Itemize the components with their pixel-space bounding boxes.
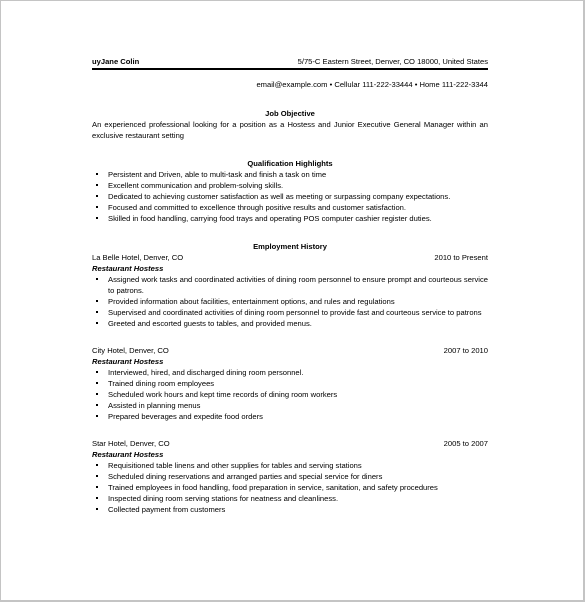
list-item: Trained employees in food handling, food… [92,482,488,493]
employer: La Belle Hotel, Denver, CO [92,252,183,263]
job-entry: Star Hotel, Denver, CO 2005 to 2007 Rest… [92,438,488,515]
resume-header: uyJane Colin 5/75-C Eastern Street, Denv… [92,56,488,68]
section-title-qualifications: Qualification Highlights [92,158,488,169]
duties-list: Requisitioned table linens and other sup… [92,460,488,515]
job-entry: La Belle Hotel, Denver, CO 2010 to Prese… [92,252,488,329]
list-item: Interviewed, hired, and discharged dinin… [92,367,488,378]
list-item: Greeted and escorted guests to tables, a… [92,318,488,329]
list-item: Skilled in food handling, carrying food … [92,213,488,224]
address: 5/75-C Eastern Street, Denver, CO 18000,… [298,56,488,68]
objective-text: An experienced professional looking for … [92,119,488,141]
duties-list: Interviewed, hired, and discharged dinin… [92,367,488,422]
list-item: Dedicated to achieving customer satisfac… [92,191,488,202]
job-dates: 2010 to Present [434,252,488,263]
job-dates: 2007 to 2010 [444,345,488,356]
section-title-employment: Employment History [92,241,488,252]
list-item: Assisted in planning menus [92,400,488,411]
job-dates: 2005 to 2007 [444,438,488,449]
employer: Star Hotel, Denver, CO [92,438,170,449]
header-rule [92,68,488,70]
employer: City Hotel, Denver, CO [92,345,169,356]
section-title-objective: Job Objective [92,108,488,119]
list-item: Provided information about facilities, e… [92,296,488,307]
list-item: Inspected dining room serving stations f… [92,493,488,504]
contact-line: email@example.com • Cellular 111-222-334… [92,79,488,90]
candidate-name: uyJane Colin [92,56,139,68]
duties-list: Assigned work tasks and coordinated acti… [92,274,488,329]
qualifications-list: Persistent and Driven, able to multi-tas… [92,169,488,224]
job-entry: City Hotel, Denver, CO 2007 to 2010 Rest… [92,345,488,422]
list-item: Requisitioned table linens and other sup… [92,460,488,471]
list-item: Focused and committed to excellence thro… [92,202,488,213]
job-title: Restaurant Hostess [92,356,488,367]
list-item: Scheduled dining reservations and arrang… [92,471,488,482]
job-title: Restaurant Hostess [92,263,488,274]
resume-content: uyJane Colin 5/75-C Eastern Street, Denv… [92,56,488,515]
list-item: Assigned work tasks and coordinated acti… [92,274,488,296]
list-item: Excellent communication and problem-solv… [92,180,488,191]
list-item: Scheduled work hours and kept time recor… [92,389,488,400]
list-item: Persistent and Driven, able to multi-tas… [92,169,488,180]
list-item: Collected payment from customers [92,504,488,515]
document-page: uyJane Colin 5/75-C Eastern Street, Denv… [0,0,585,602]
list-item: Supervised and coordinated activities of… [92,307,488,318]
list-item: Trained dining room employees [92,378,488,389]
job-title: Restaurant Hostess [92,449,488,460]
list-item: Prepared beverages and expedite food ord… [92,411,488,422]
